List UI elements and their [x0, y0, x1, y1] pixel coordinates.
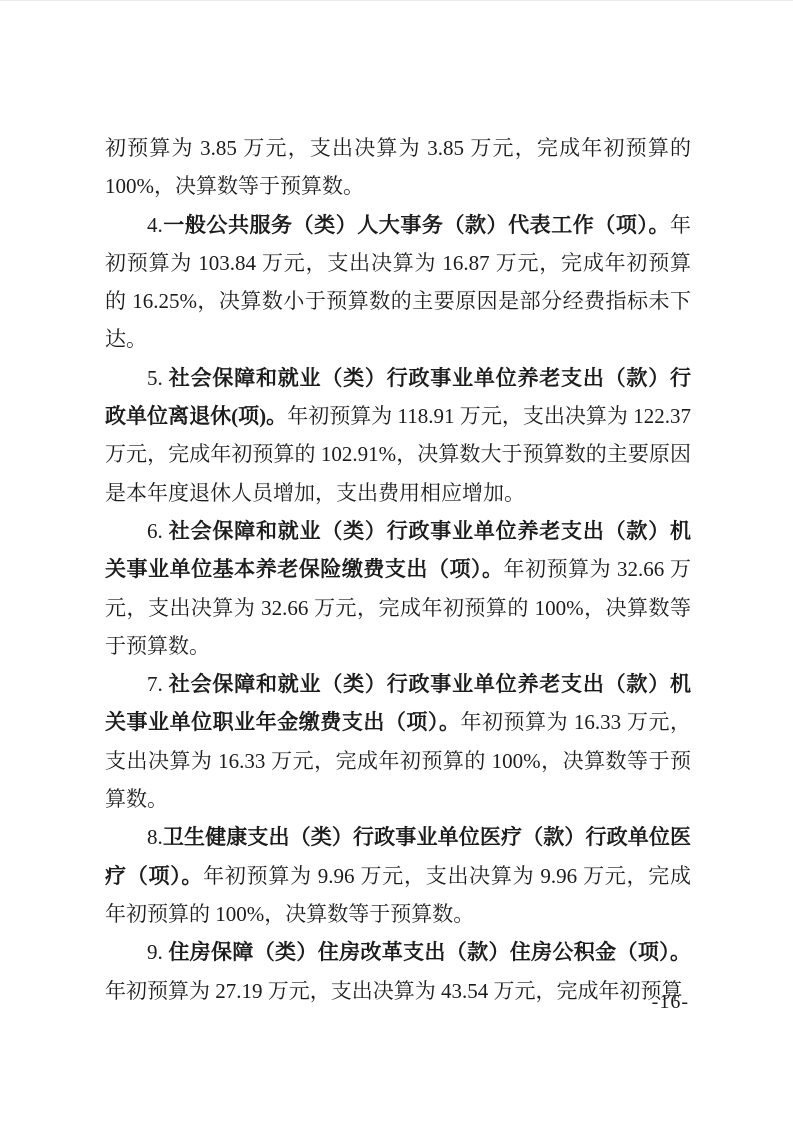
- body-text-segment: 6.: [147, 519, 169, 543]
- heading-segment: 一般公共服务（类）人大事务（款）代表工作（项）。: [163, 213, 670, 237]
- body-text-segment: 5.: [147, 366, 169, 390]
- para-6: 6. 社会保障和就业（类）行政事业单位养老支出（款）机关事业单位基本养老保险缴费…: [105, 512, 691, 665]
- para-9: 9. 住房保障（类）住房改革支出（款）住房公积金（项）。年初预算为 27.19 …: [105, 933, 691, 1010]
- page-body: 初预算为 3.85 万元，支出决算为 3.85 万元，完成年初预算的 100%，…: [105, 129, 691, 1010]
- para-5: 5. 社会保障和就业（类）行政事业单位养老支出（款）行政单位离退休(项)。年初预…: [105, 359, 691, 512]
- body-text-segment: 年初预算为 27.19 万元，支出决算为 43.54 万元，完成年初预算: [105, 979, 683, 1003]
- body-text-segment: 初预算为 3.85 万元，支出决算为 3.85 万元，完成年初预算的 100%，…: [105, 136, 691, 198]
- document-page: 初预算为 3.85 万元，支出决算为 3.85 万元，完成年初预算的 100%，…: [0, 0, 793, 1122]
- para-7: 7. 社会保障和就业（类）行政事业单位养老支出（款）机关事业单位职业年金缴费支出…: [105, 665, 691, 818]
- para-4: 4.一般公共服务（类）人大事务（款）代表工作（项）。年初预算为 103.84 万…: [105, 206, 691, 359]
- page-number: -16-: [652, 991, 689, 1014]
- body-text-segment: 8.: [147, 825, 163, 849]
- body-text-segment: 4.: [147, 213, 163, 237]
- body-text-segment: 7.: [147, 672, 169, 696]
- body-text-segment: 9.: [147, 940, 168, 964]
- heading-segment: 住房保障（类）住房改革支出（款）住房公积金（项）。: [168, 940, 691, 964]
- para-3-continuation: 初预算为 3.85 万元，支出决算为 3.85 万元，完成年初预算的 100%，…: [105, 129, 691, 206]
- para-8: 8.卫生健康支出（类）行政事业单位医疗（款）行政单位医疗（项）。年初预算为 9.…: [105, 818, 691, 933]
